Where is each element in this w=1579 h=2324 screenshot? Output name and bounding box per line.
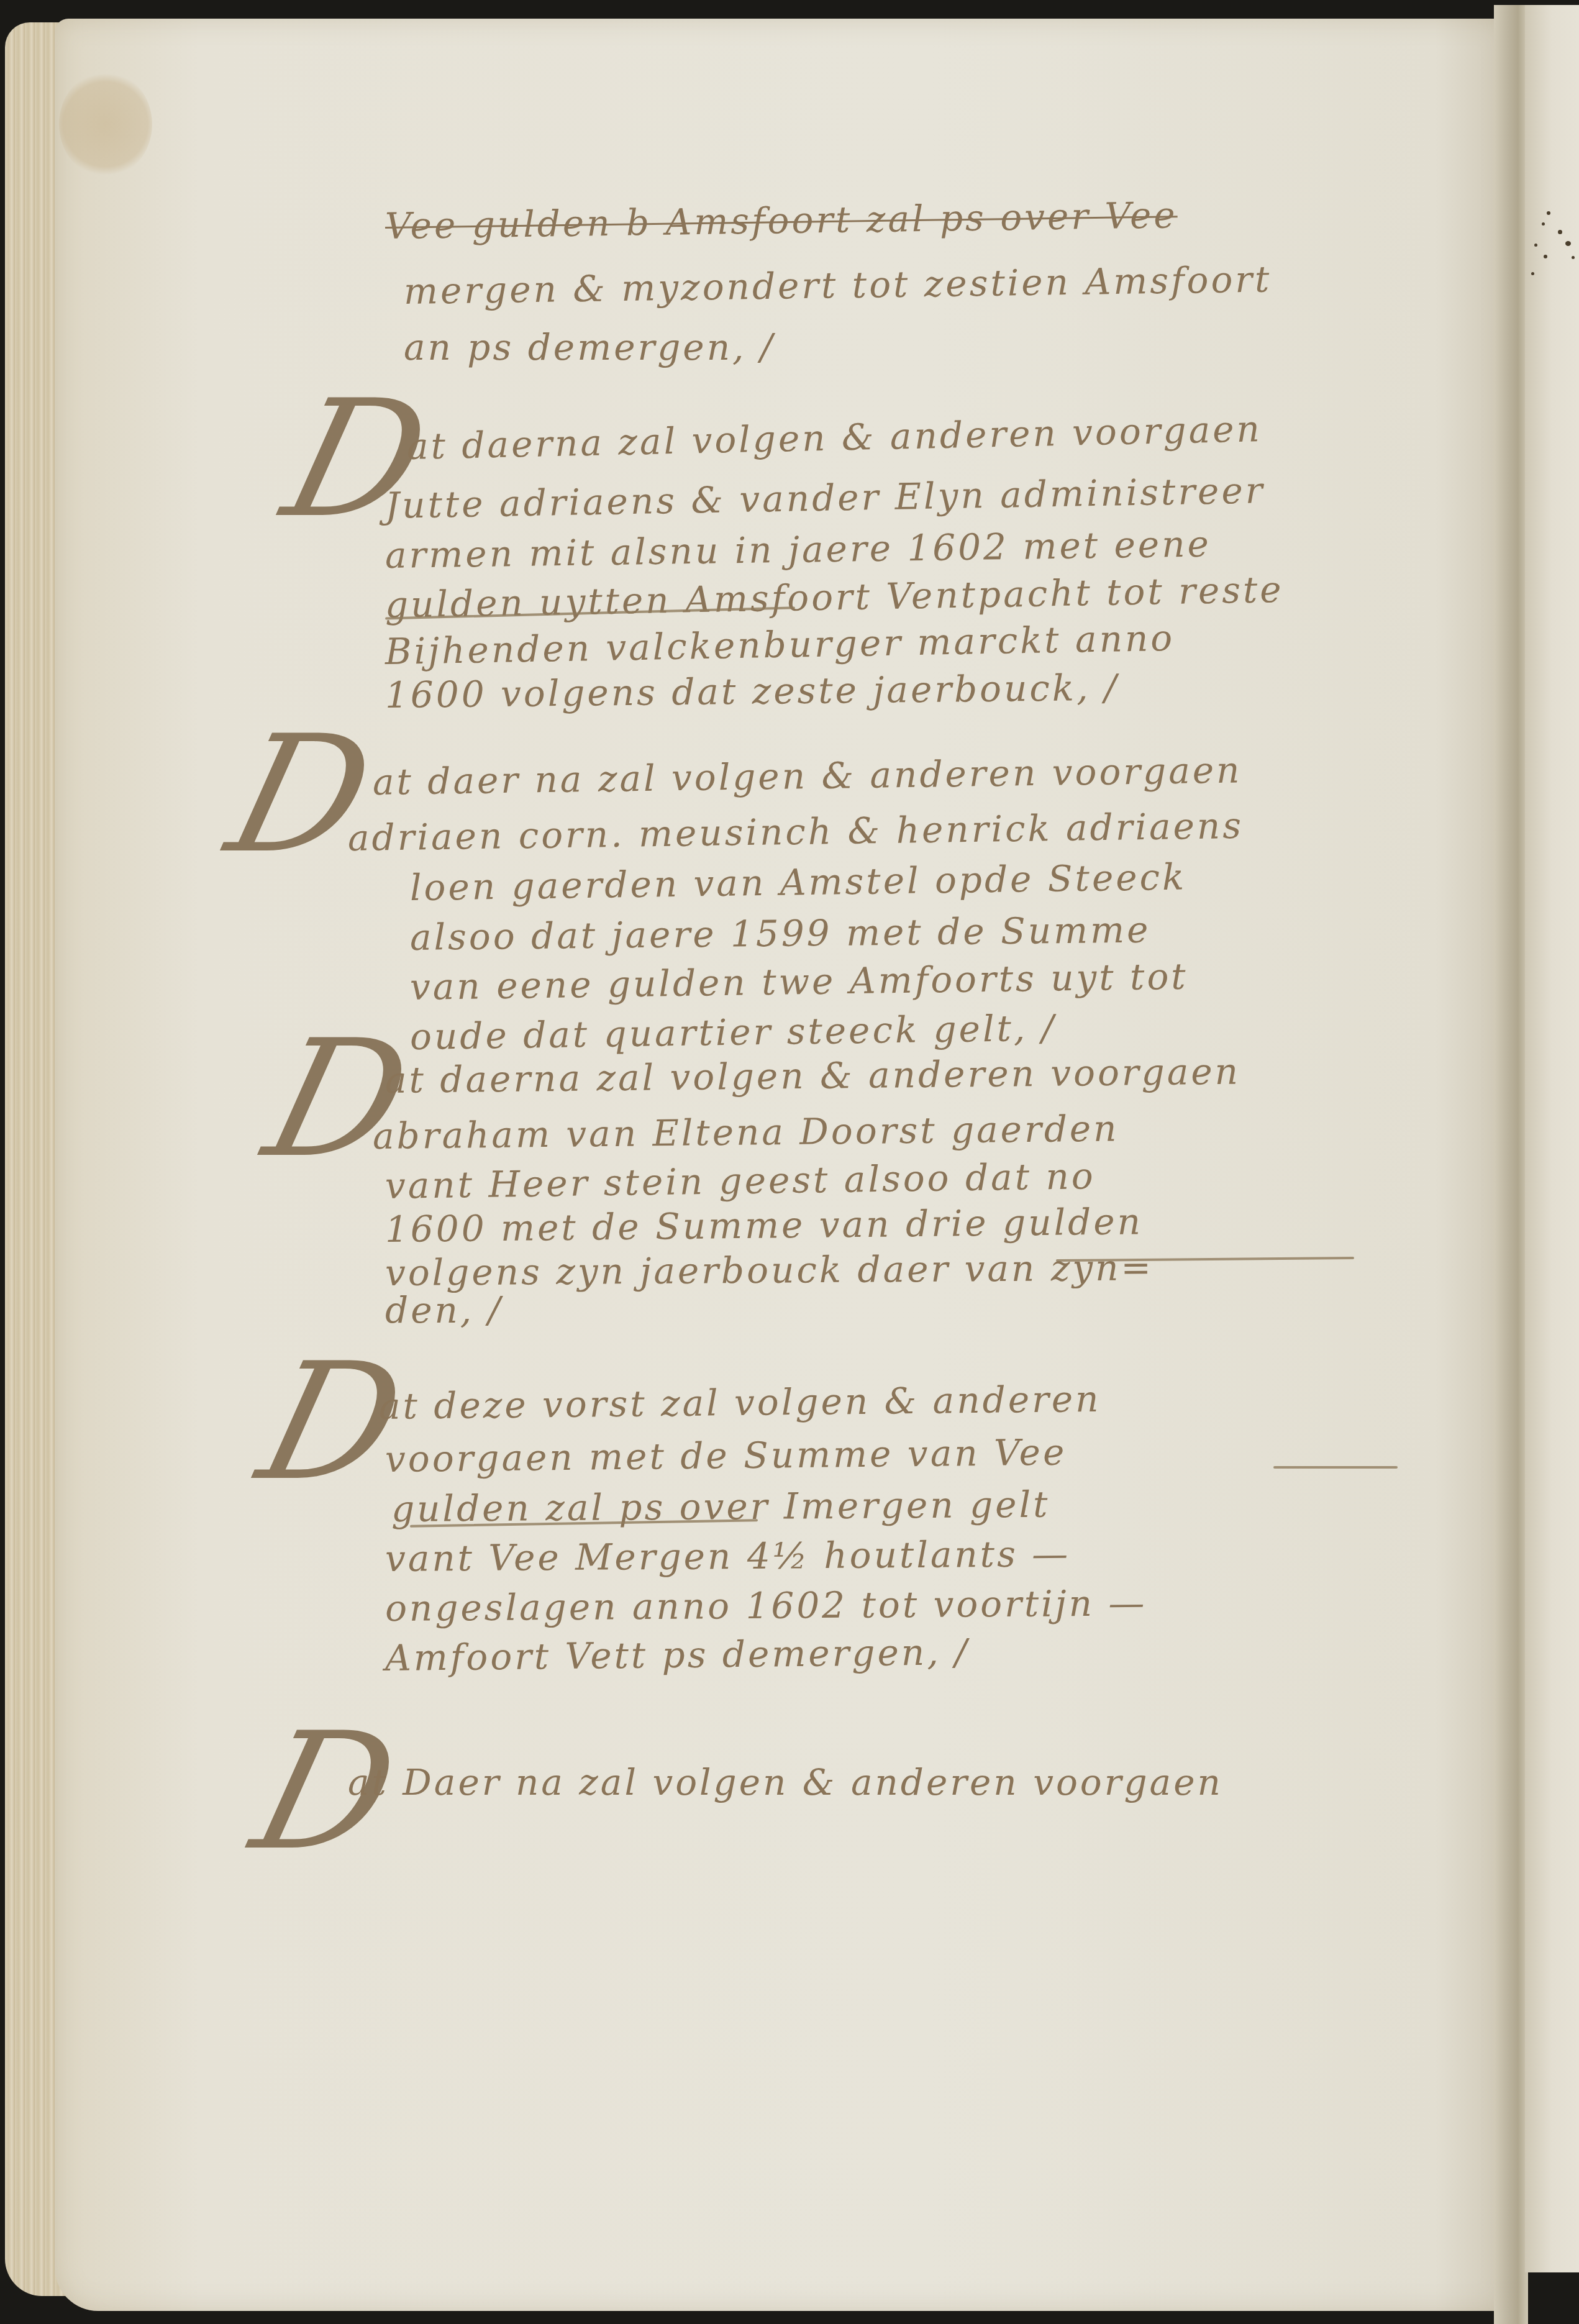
entry-line: at deze vorst zal volgen & anderen — [379, 1381, 1101, 1424]
entry-line: loen gaerden van Amstel opde Steeck — [410, 859, 1187, 906]
entry-line: mergen & myzondert tot zestien Amsfoort — [404, 261, 1272, 309]
entry-line: Jutte adriaens & vander Elyn administree… — [385, 472, 1265, 524]
entry-line: Vee gulden b Amsfoort zal ps over Vee — [385, 197, 1178, 244]
entry-line: at daerna zal volgen & anderen voorgaen — [406, 411, 1262, 465]
entry-line: 1600 volgens dat zeste jaerbouck, / — [385, 670, 1119, 713]
strike-rule — [1273, 1466, 1398, 1469]
manuscript-text: Vee gulden b Amsfoort zal ps over Vee me… — [0, 0, 1579, 2324]
entry-line: alsoo dat jaere 1599 met de Summe — [410, 912, 1151, 955]
entry-line: at Daer na zal volgen & anderen voorgaen — [348, 1764, 1223, 1800]
entry-line: vant Heer stein geest alsoo dat no — [385, 1158, 1096, 1204]
entry-line: adriaen corn. meusinch & henrick adriaen… — [348, 808, 1244, 856]
entry-line: at daer na zal volgen & anderen voorgaen — [373, 752, 1242, 800]
entry-line: ongeslagen anno 1602 tot voortijn — — [385, 1585, 1147, 1626]
entry-line: volgens zyn jaerbouck daer van zyn= — [385, 1249, 1154, 1291]
entry-line: voorgaen met de Summe van Vee — [385, 1434, 1067, 1477]
entry-line: oude dat quartier steeck gelt, / — [410, 1009, 1057, 1055]
entry-line: vant Vee Mergen 4½ houtlants — — [385, 1536, 1071, 1577]
entry-line: at daerna zal volgen & anderen voorgaen — [385, 1054, 1241, 1098]
entry-line: abraham van Eltena Doorst gaerden — [373, 1110, 1119, 1154]
entry-line: Bijhenden valckenburger marckt anno — [385, 620, 1175, 670]
entry-line: an ps demergen, / — [404, 329, 775, 365]
entry-line: den, / — [385, 1292, 503, 1328]
entry-line: van eene gulden twe Amfoorts uyt tot — [410, 959, 1188, 1005]
entry-line: Amfoort Vett ps demergen, / — [385, 1634, 970, 1676]
entry-line: armen mit alsnu in jaere 1602 met eene — [385, 526, 1212, 573]
entry-line: 1600 met de Summe van drie gulden — [385, 1203, 1144, 1247]
